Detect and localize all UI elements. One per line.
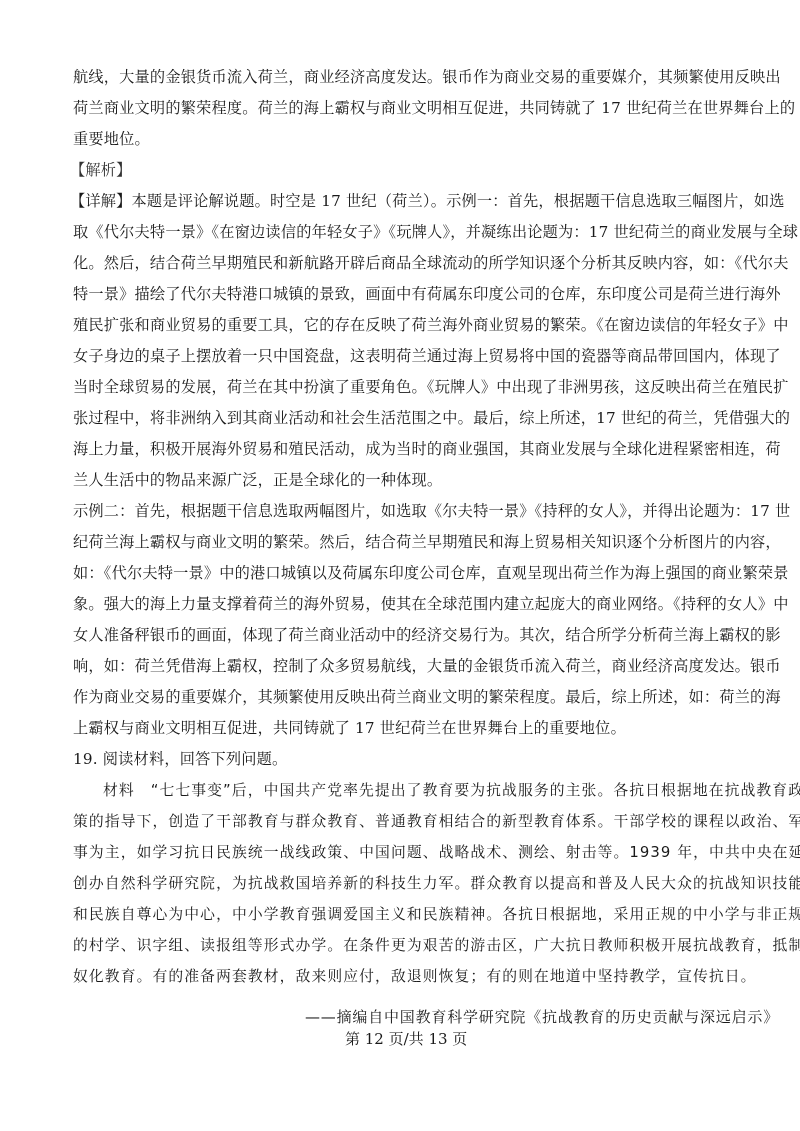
- text-line: 奴化教育。有的准备两套教材，敌来则应付，敌退则恢复；有的则在地道中坚持教学，宣传…: [73, 961, 727, 992]
- detail-paragraph: 【详解】本题是评论解说题。时空是 17 世纪（荷兰）。示例一：首先，根据题干信息…: [73, 186, 727, 496]
- text-line: 化。然后，结合荷兰早期殖民和新航路开辟后商品全球流动的所学知识逐个分析其反映内容…: [73, 248, 727, 279]
- text-line: 事为主，如学习抗日民族统一战线政策、中国问题、战略战术、测绘、射击等。1939 …: [73, 837, 727, 868]
- text-line: 上霸权与商业文明相互促进，共同铸就了 17 世纪荷兰在世界舞台上的重要地位。: [73, 713, 727, 744]
- text-line: 女人准备秤银币的画面，体现了荷兰商业活动中的经济交易行为。其次，结合所学分析荷兰…: [73, 620, 727, 651]
- text-line: 航线，大量的金银货币流入荷兰，商业经济高度发达。银币作为商业交易的重要媒介，其频…: [73, 62, 727, 93]
- text-line: 作为商业交易的重要媒介，其频繁使用反映出荷兰商业文明的繁荣程度。最后，综上所述，…: [73, 682, 727, 713]
- text-line: 殖民扩张和商业贸易的重要工具，它的存在反映了荷兰海外商业贸易的繁荣。《在窗边读信…: [73, 310, 727, 341]
- text-line: 的村学、识字组、读报组等形式办学。在条件更为艰苦的游击区，广大抗日教师积极开展抗…: [73, 930, 727, 961]
- text-line: 兰人生活中的物品来源广泛，正是全球化的一种体现。: [73, 465, 727, 496]
- material-paragraph: 材料 “七七事变”后，中国共产党率先提出了教育要为抗战服务的主张。各抗日根据地在…: [73, 775, 727, 992]
- text-line: 特一景》描绘了代尔夫特港口城镇的景致，画面中有荷属东印度公司的仓库，东印度公司是…: [73, 279, 727, 310]
- text-line: 海上力量，积极开展海外贸易和殖民活动，成为当时的商业强国，其商业发展与全球化进程…: [73, 434, 727, 465]
- text-line: 重要地位。: [73, 124, 727, 155]
- text-line: 创办自然科学研究院，为抗战救国培养新的科技生力军。群众教育以提高和普及人民大众的…: [73, 868, 727, 899]
- text-line: 如：《代尔夫特一景》中的港口城镇以及荷属东印度公司仓库，直观呈现出荷兰作为海上强…: [73, 558, 727, 589]
- text-line: 响，如：荷兰凭借海上霸权，控制了众多贸易航线，大量的金银货币流入荷兰，商业经济高…: [73, 651, 727, 682]
- text-line: 和民族自尊心为中心，中小学教育强调爱国主义和民族精神。各抗日根据地，采用正规的中…: [73, 899, 727, 930]
- analysis-heading: 【解析】: [70, 155, 727, 186]
- example-two-paragraph: 示例二：首先，根据题干信息选取两幅图片，如选取《尔夫特一景》《持秤的女人》，并得…: [73, 496, 727, 744]
- text-line: 【详解】本题是评论解说题。时空是 17 世纪（荷兰）。示例一：首先，根据题干信息…: [70, 186, 727, 217]
- text-line: 材料 “七七事变”后，中国共产党率先提出了教育要为抗战服务的主张。各抗日根据地在…: [73, 775, 727, 806]
- document-page: 航线，大量的金银货币流入荷兰，商业经济高度发达。银币作为商业交易的重要媒介，其频…: [73, 62, 727, 992]
- text-line: 示例二：首先，根据题干信息选取两幅图片，如选取《尔夫特一景》《持秤的女人》，并得…: [73, 496, 727, 527]
- text-line: 象。强大的海上力量支撑着荷兰的海外贸易，使其在全球范围内建立起庞大的商业网络。《…: [73, 589, 727, 620]
- question-19-heading: 19. 阅读材料，回答下列问题。: [73, 744, 727, 775]
- text-line: 张过程中，将非洲纳入到其商业活动和社会生活范围之中。最后，综上所述，17 世纪的…: [73, 403, 727, 434]
- intro-paragraph: 航线，大量的金银货币流入荷兰，商业经济高度发达。银币作为商业交易的重要媒介，其频…: [73, 62, 727, 155]
- text-line: 荷兰商业文明的繁荣程度。荷兰的海上霸权与商业文明相互促进，共同铸就了 17 世纪…: [73, 93, 727, 124]
- page-number-footer: 第 12 页/共 13 页: [345, 1028, 467, 1050]
- text-line: 当时全球贸易的发展，荷兰在其中扮演了重要角色。《玩牌人》中出现了非洲男孩，这反映…: [73, 372, 727, 403]
- text-line: 策的指导下，创造了干部教育与群众教育、普通教育相结合的新型教育体系。干部学校的课…: [73, 806, 727, 837]
- text-line: 取《代尔夫特一景》《在窗边读信的年轻女子》《玩牌人》，并凝练出论题为：17 世纪…: [73, 217, 727, 248]
- text-line: 女子身边的桌子上摆放着一只中国瓷盘，这表明荷兰通过海上贸易将中国的瓷器等商品带回…: [73, 341, 727, 372]
- text-line: 纪荷兰海上霸权与商业文明的繁荣。然后，结合荷兰早期殖民和海上贸易相关知识逐个分析…: [73, 527, 727, 558]
- material-source-citation: ——摘编自中国教育科学研究院《抗战教育的历史贡献与深远启示》: [305, 1005, 779, 1029]
